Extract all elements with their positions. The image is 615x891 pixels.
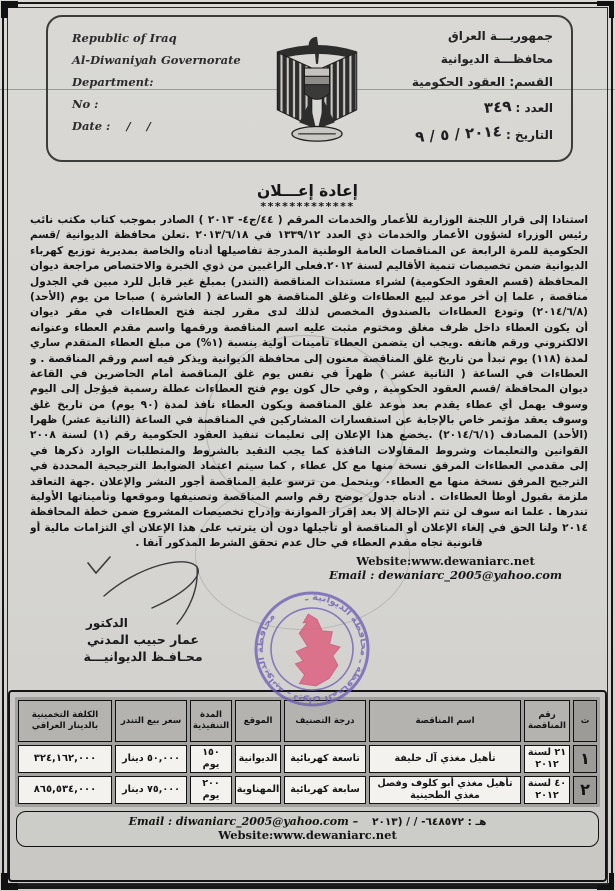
date-value-handwritten: ٢٠١٤ / ٥ / ٩: [414, 122, 502, 146]
date-label-en: Date : / /: [72, 119, 253, 133]
document-title: إعادة إعـــلان: [0, 182, 615, 200]
body-line: وسوف يهمل أي عطاء يقدم بعد موعد غلق المن…: [30, 398, 588, 413]
country-name-ar: جمهوريـــة العراق: [381, 29, 553, 43]
body-line: الديوانية ضمن تخصيصات تنمية الأقاليم لسن…: [30, 259, 588, 274]
table-row-duration: ٢٠٠ يوم: [190, 776, 232, 804]
letterhead-english: Republic of Iraq Al-Diwaniyah Governorat…: [48, 17, 253, 160]
table-row-duration: ١٥٠ يوم: [190, 745, 232, 773]
title-separator-stars: *************: [0, 200, 615, 213]
table-row-serial: ١: [573, 745, 597, 773]
table-row-tender-name: تأهيل مغذي آل خليفة: [369, 745, 521, 773]
iraq-eagle-emblem-icon: [270, 29, 364, 153]
letterhead: Republic of Iraq Al-Diwaniyah Governorat…: [46, 15, 573, 162]
body-line: ملزمة بقبول أوطأ العطاءات . أدناه جدول ي…: [30, 490, 588, 505]
body-line: القوانين والتعليمات وشروط المقاولات النا…: [30, 444, 588, 459]
country-name-en: Republic of Iraq: [72, 31, 253, 45]
body-line: الحكومية للمرة الرابعة عن المناقصات العا…: [30, 244, 588, 259]
table-row-tender-name: تأهيل مغذي أبو كلوف وفصل مغذي الطحينية: [369, 776, 521, 804]
col-header-tender-no: رقم المناقصة: [524, 700, 570, 742]
col-header-tender-price: سعر بيع التندر: [115, 700, 187, 742]
footer-phone: هـ : ٦٤٨٥٧٢- / / (٢٠١٣: [372, 816, 486, 828]
table-row-classification: تاسعة كهربائية: [284, 745, 366, 773]
col-header-classification: درجة التصنيف: [284, 700, 366, 742]
table-row-location: المهناوية: [235, 776, 281, 804]
col-header-tender-name: اسم المناقصة: [369, 700, 521, 742]
body-line: الالكتروني ورقم هاتفه .ويجب أن يتضمن الع…: [30, 336, 588, 351]
table-row-classification: سابعة كهربائية: [284, 776, 366, 804]
body-line: المحافظة (قسم العقود الحكومية) لشراء مست…: [30, 275, 588, 290]
document-number-line: العدد : ٣٤٩: [381, 98, 553, 116]
contact-block: Website:www.dewaniarc.net Email : dewani…: [328, 554, 563, 582]
col-header-duration: المدة التنفيذية: [190, 700, 232, 742]
body-line: رئيس الوزراء لشؤون الأعمار والخدمات ذي ا…: [30, 228, 588, 243]
col-header-location: الموقع: [235, 700, 281, 742]
body-line: وسوف يعقد مؤتمر خاص بالإجابة عن استفسارا…: [30, 413, 588, 428]
signature-block: الدكتور عمار حبيب المدني محـافـظ الديوان…: [68, 616, 218, 664]
body-line: (الأحد) المصادف (٢٠١٤/٦/١) .يخضع هذا الإ…: [30, 428, 588, 443]
table-row-tender-price: ٧٥,٠٠٠ دينار: [115, 776, 187, 804]
department-label-en: Department:: [72, 75, 253, 89]
department-line-ar: القسم: العقود الحكومية: [381, 75, 553, 89]
document-date-line: التاريخ : ٢٠١٤ / ٥ / ٩: [381, 125, 553, 143]
governorate-name-en: Al-Diwaniyah Governorate: [72, 53, 253, 67]
body-line: (٢٠١٤/٦/٨) وتودع العطاءات بالصندوق المخص…: [30, 305, 588, 320]
table-row-estimated-cost: ٨٦٥,٥٣٤,٠٠٠: [18, 776, 112, 804]
number-label-ar: العدد :: [516, 101, 553, 115]
body-line: ٢٠١٤ ولنا الحق في إلغاء الإعلان أو المنا…: [30, 521, 588, 536]
letterhead-arabic: جمهوريـــة العراق محافظـــة الديوانية ال…: [381, 17, 571, 160]
date-label-ar: التاريخ :: [506, 128, 553, 142]
signer-name: عمار حبيب المدني: [68, 632, 218, 647]
body-line: العطاءات في الساعة ( الثانية عشر ) ظهراً…: [30, 367, 588, 382]
signer-title: الدكتور: [68, 616, 218, 630]
signer-position: محـافـظ الديوانيـــة: [68, 649, 218, 664]
table-row-tender-no: ٢١ لسنة ٢٠١٢: [524, 745, 570, 773]
corner-decoration: [597, 1, 614, 18]
email-line: Email : dewaniarc_2005@yahoo.com: [328, 568, 563, 582]
table-row-location: الديوانية: [235, 745, 281, 773]
announcement-body: استنادا إلى قرار اللجنة الوزارية للأعمار…: [30, 213, 588, 552]
number-value-handwritten: ٣٤٩: [483, 97, 512, 117]
body-line: مناقصة , علما إن أخر موعد لبيع العطاءات …: [30, 290, 588, 305]
document-page: Republic of Iraq Al-Diwaniyah Governorat…: [0, 0, 615, 891]
body-line: استنادا إلى قرار اللجنة الوزارية للأعمار…: [30, 213, 588, 228]
col-header-estimated-cost: الكلفة التخمينية بالدينار العراقي: [18, 700, 112, 742]
footer-email: Email : diwaniarc_2005@yahoo.com –: [129, 815, 358, 828]
body-line: لمدة (١١٨) يوم تبدأ من تاريخ غلق المناقص…: [30, 352, 588, 367]
footer-line-1: Email : diwaniarc_2005@yahoo.com – هـ : …: [25, 815, 590, 828]
footer-website: Website:www.dewaniarc.net: [25, 828, 590, 842]
corner-decoration: [1, 1, 18, 18]
table-row-tender-price: ٥٠,٠٠٠ دينار: [115, 745, 187, 773]
table-row-estimated-cost: ٣٢٤,١٦٢,٠٠٠: [18, 745, 112, 773]
bottom-edge-band: [4, 883, 611, 887]
number-label-en: No :: [72, 97, 253, 111]
body-line: أن يكون العطاء داخل ظرف مغلق ومختوم مثبت…: [30, 321, 588, 336]
footer-contact-bar: Email : diwaniarc_2005@yahoo.com – هـ : …: [16, 811, 599, 847]
body-line: قانونية تجاه مقدم العطاء في حال عدم تحقق…: [30, 536, 588, 551]
emblem-container: [253, 17, 381, 160]
table-row-serial: ٢: [573, 776, 597, 804]
body-line: إلى مقدمي العطاءات المرفق نسخة منها مع ك…: [30, 459, 588, 474]
website-line: Website:www.dewaniarc.net: [328, 554, 563, 568]
table-row-tender-no: ٤٠ لسنة ٢٠١٢: [524, 776, 570, 804]
tender-table: ت رقم المناقصة اسم المناقصة درجة التصنيف…: [15, 697, 600, 807]
body-line: تندرها . علما انه سوف لن تتم الإحالة إلا…: [30, 505, 588, 520]
body-line: ديوان المحافظة /قسم العقود الحكومية , وف…: [30, 382, 588, 397]
governorate-name-ar: محافظـــة الديوانية: [381, 52, 553, 66]
tender-table-panel: ت رقم المناقصة اسم المناقصة درجة التصنيف…: [8, 690, 607, 882]
body-line: الترجيح المرفق نسخة منها مع العطاء٠ ويتح…: [30, 475, 588, 490]
col-header-serial: ت: [573, 700, 597, 742]
